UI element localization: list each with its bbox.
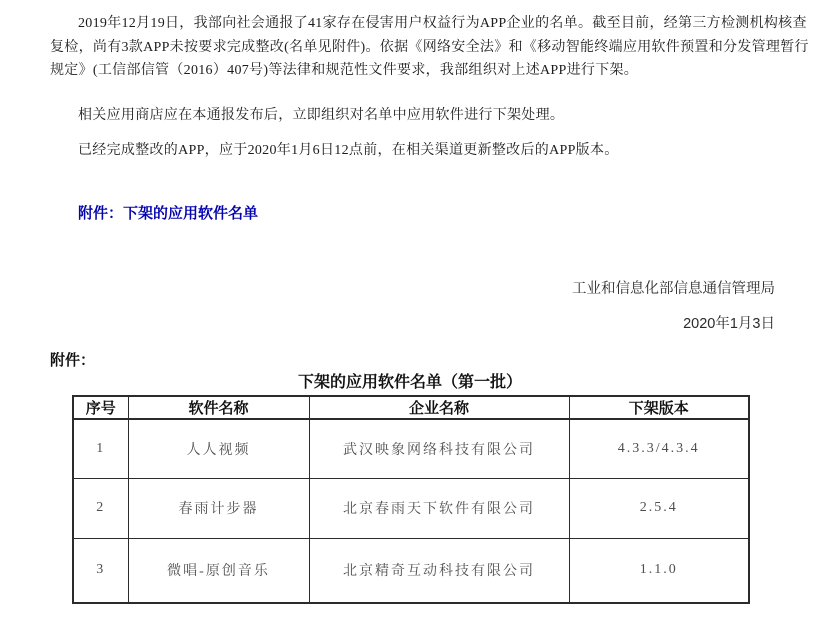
cell-index: 3 xyxy=(73,538,128,603)
cell-company-name: 武汉映象网络科技有限公司 xyxy=(309,419,569,479)
cell-app-name: 微唱-原创音乐 xyxy=(128,538,309,603)
column-header-app-name: 软件名称 xyxy=(128,396,309,419)
column-header-index: 序号 xyxy=(73,396,128,419)
column-header-company-name: 企业名称 xyxy=(309,396,569,419)
column-header-removed-version: 下架版本 xyxy=(569,396,749,419)
cell-company-name: 北京春雨天下软件有限公司 xyxy=(309,478,569,538)
removed-apps-table: 序号 软件名称 企业名称 下架版本 1 人人视频 武汉映象网络科技有限公司 4.… xyxy=(72,395,750,604)
document-page: 2019年12月19日，我部向社会通报了41家存在侵害用户权益行为APP企业的名… xyxy=(0,0,831,634)
table-row: 1 人人视频 武汉映象网络科技有限公司 4.3.3/4.3.4 xyxy=(73,419,749,479)
issue-date: 2020年1月3日 xyxy=(50,313,815,335)
table-row: 2 春雨计步器 北京春雨天下软件有限公司 2.5.4 xyxy=(73,478,749,538)
cell-removed-version: 4.3.3/4.3.4 xyxy=(569,419,749,479)
cell-removed-version: 1.1.0 xyxy=(569,538,749,603)
cell-app-name: 春雨计步器 xyxy=(128,478,309,538)
cell-company-name: 北京精奇互动科技有限公司 xyxy=(309,538,569,603)
cell-app-name: 人人视频 xyxy=(128,419,309,479)
table-header-row: 序号 软件名称 企业名称 下架版本 xyxy=(73,396,749,419)
paragraph-notice: 2019年12月19日，我部向社会通报了41家存在侵害用户权益行为APP企业的名… xyxy=(50,12,815,83)
table-row: 3 微唱-原创音乐 北京精奇互动科技有限公司 1.1.0 xyxy=(73,538,749,603)
paragraph-update-deadline: 已经完成整改的APP，应于2020年1月6日12点前，在相关渠道更新整改后的AP… xyxy=(50,139,815,163)
issuer-signature: 工业和信息化部信息通信管理局 xyxy=(50,278,815,300)
paragraph-store-instruction: 相关应用商店应在本通报发布后，立即组织对名单中应用软件进行下架处理。 xyxy=(50,104,815,128)
attachment-heading: 附件：下架的应用软件名单 xyxy=(50,202,815,225)
cell-index: 2 xyxy=(73,478,128,538)
document-content: 2019年12月19日，我部向社会通报了41家存在侵害用户权益行为APP企业的名… xyxy=(0,0,831,604)
cell-removed-version: 2.5.4 xyxy=(569,478,749,538)
table-title: 下架的应用软件名单（第一批） xyxy=(72,372,748,394)
attachment-label: 附件： xyxy=(50,350,815,372)
cell-index: 1 xyxy=(73,419,128,479)
